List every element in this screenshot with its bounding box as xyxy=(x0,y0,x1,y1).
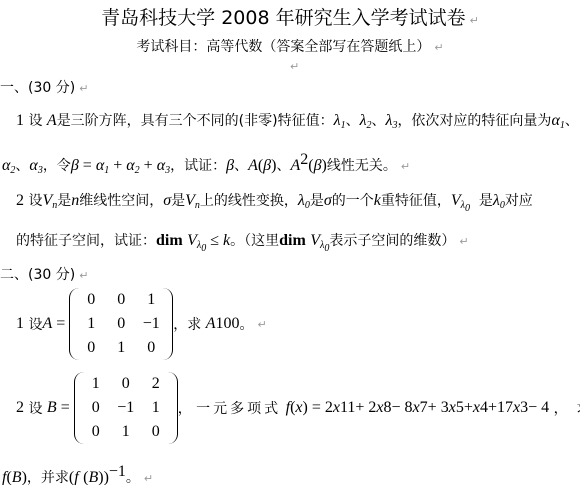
paragraph-mark-icon: ↵ xyxy=(79,269,88,282)
exam-title: 青岛科技大学 2008 年研究生入学考试试卷↵ xyxy=(0,8,580,31)
paragraph-mark-icon: ↵ xyxy=(144,472,153,485)
matrix-b: 102 0−11 010 xyxy=(74,372,178,444)
paragraph-mark-icon: ↵ xyxy=(459,235,468,248)
paragraph-mark-icon: ↵ xyxy=(401,160,410,173)
s1-q1-line2: α2、α3，令β = α1 + α2 + α3，试证：β、A(β)、A2(β)线… xyxy=(2,150,410,181)
empty-paragraph: ↵ xyxy=(286,56,299,77)
s1-q1-line1: 1 设 A是三阶方阵，具有三个不同的(非零)特征值：λ1、λ2、λ3，依次对应的… xyxy=(16,111,579,136)
s1-q2-line2: 的特征子空间，试证：dim Vλ0 ≤ k。（这里dim Vλ0表示子空间的维数… xyxy=(16,231,469,259)
paragraph-mark-icon: ↵ xyxy=(434,41,443,54)
s2-q2: 2 设 B = 102 0−11 010 ， 一元多项式 f(x) = 2x11… xyxy=(16,372,580,444)
section-heading-1: 一、(30 分)↵ xyxy=(0,78,88,99)
paragraph-mark-icon: ↵ xyxy=(258,318,267,331)
section-heading-2: 二、(30 分)↵ xyxy=(0,265,88,286)
paragraph-mark-icon: ↵ xyxy=(79,82,88,95)
exam-subtitle: 考试科目：高等代数（答案全部写在答题纸上）↵ xyxy=(0,37,580,58)
s2-q1: 1 设A = 001 10−1 010 ，求 A100。↵ xyxy=(16,288,267,360)
paragraph-mark-icon: ↵ xyxy=(470,14,479,27)
s1-q2-line1: 2 设Vn是n维线性空间，σ是Vn上的线性变换，λ0是σ的一个k重特征值，Vλ0… xyxy=(16,191,533,219)
matrix-a: 001 10−1 010 xyxy=(69,288,173,360)
s2-q2-line2: f(B)，并求(f (B))−1。↵ xyxy=(2,462,153,485)
paragraph-mark-icon: ↵ xyxy=(290,60,299,73)
